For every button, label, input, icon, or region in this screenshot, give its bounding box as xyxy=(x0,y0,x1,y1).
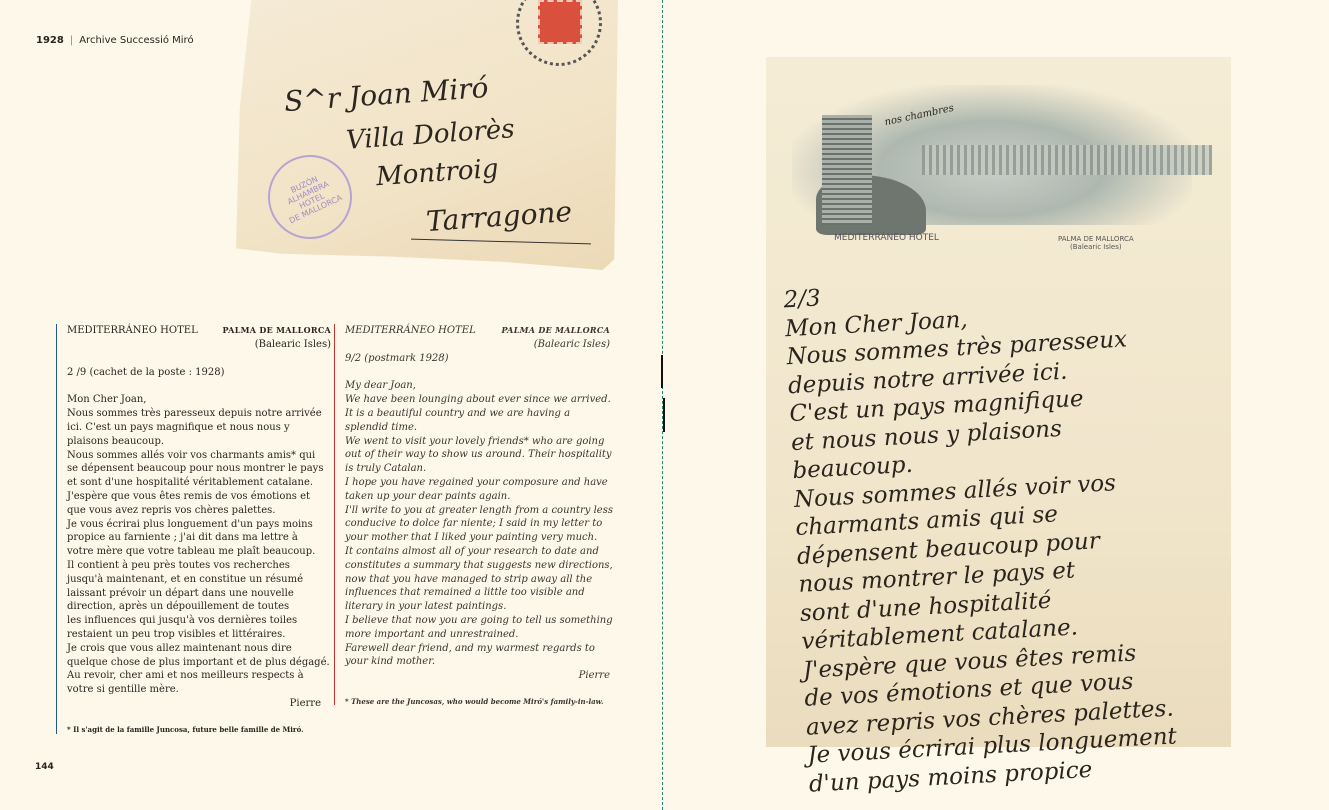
letter-body: Nous sommes très paresseux depuis notre … xyxy=(67,407,331,697)
handwritten-text: 2/3Mon Cher Joan,Nous sommes très paress… xyxy=(783,264,1229,798)
text-line: now that you have managed to strip away … xyxy=(345,573,610,587)
text-line: constitutes a summary that suggests new … xyxy=(345,559,610,573)
header-year: 1928 xyxy=(36,35,64,46)
address-underline xyxy=(411,239,591,245)
text-line: influences that remained a little too vi… xyxy=(345,586,610,600)
text-line: taken up your dear paints again. xyxy=(345,490,610,504)
text-line: direction, après un dépouillement de tou… xyxy=(67,600,331,614)
sheet-city-name: PALMA DE MALLORCA xyxy=(1058,235,1134,243)
envelope-address-line: Tarragone xyxy=(425,195,573,238)
text-line: It is a beautiful country and we are hav… xyxy=(345,407,610,421)
hotel-name: MEDITERRÁNEO HOTEL xyxy=(345,324,476,338)
text-line: I believe that now you are going to tell… xyxy=(345,614,610,628)
text-line: propice au farniente ; j'ai dit dans ma … xyxy=(67,531,331,545)
french-transcription: MEDITERRÁNEO HOTEL PALMA DE MALLORCA (Ba… xyxy=(56,324,331,734)
text-line: Nous sommes allés voir vos charmants ami… xyxy=(67,449,331,463)
text-line: les influences qui jusqu'à vos dernières… xyxy=(67,614,331,628)
page-number: 144 xyxy=(35,762,54,772)
running-header: 1928|Archive Successió Miró xyxy=(36,35,194,46)
footnote: * These are the Juncosas, who would beco… xyxy=(345,695,610,709)
text-line: laissant prévoir un départ dans une nouv… xyxy=(67,587,331,601)
text-line: your mother that I liked your painting v… xyxy=(345,531,610,545)
text-line: splendid time. xyxy=(345,421,610,435)
text-line: Nous sommes très paresseux depuis notre … xyxy=(67,407,331,421)
salutation: Mon Cher Joan, xyxy=(67,393,331,407)
isles-label: (Balearic Isles) xyxy=(67,338,331,352)
text-line: out of their way to show us around. Thei… xyxy=(345,448,610,462)
text-line: restaient un peu trop visibles et littér… xyxy=(67,628,331,642)
text-line: jusqu'à maintenant, et en constitue un r… xyxy=(67,573,331,587)
english-translation: MEDITERRÁNEO HOTEL PALMA DE MALLORCA (Ba… xyxy=(334,324,610,705)
signature: Pierre xyxy=(67,697,331,711)
text-line: more important and unrestrained. xyxy=(345,628,610,642)
hotel-name: MEDITERRÁNEO HOTEL xyxy=(67,324,198,338)
header-archive: Archive Successió Miró xyxy=(79,35,193,46)
envelope-image: BUZÓN ALHAMBRA HOTEL DE MALLORCA S^r Joa… xyxy=(236,0,618,270)
text-line: literary in your latest paintings. xyxy=(345,600,610,614)
isles-label: (Balearic Isles) xyxy=(345,338,610,352)
envelope-address-line: S^r Joan Miró xyxy=(283,71,489,118)
text-line: I'll write to you at greater length from… xyxy=(345,504,610,518)
sheet-city: PALMA DE MALLORCA (Balearic Isles) xyxy=(1058,235,1134,251)
signature: Pierre xyxy=(345,669,610,683)
harbor-engraving: nos chambres xyxy=(792,85,1192,225)
letter-date: 9/2 (postmark 1928) xyxy=(345,352,610,366)
sheet-isles: (Balearic Isles) xyxy=(1058,243,1134,251)
text-line: ici. C'est un pays magnifique et nous no… xyxy=(67,421,331,435)
text-line: is truly Catalan. xyxy=(345,462,610,476)
envelope-address-line: Montroig xyxy=(375,154,499,192)
city-name: PALMA DE MALLORCA xyxy=(222,324,331,338)
text-line: J'espère que vous êtes remis de vos émot… xyxy=(67,490,331,504)
text-line: conducive to dolce far niente; I said in… xyxy=(345,517,610,531)
text-line: se dépensent beaucoup pour nous montrer … xyxy=(67,462,331,476)
text-line: plaisons beaucoup. xyxy=(67,435,331,449)
footnote: * Il s'agit de la famille Juncosa, futur… xyxy=(67,723,331,737)
text-line: I hope you have regained your composure … xyxy=(345,476,610,490)
hotel-stamp-icon: BUZÓN ALHAMBRA HOTEL DE MALLORCA xyxy=(254,141,366,253)
hotel-building xyxy=(822,115,872,225)
text-line: et sont d'une hospitalité véritablement … xyxy=(67,476,331,490)
text-line: votre mère que votre tableau me plaît be… xyxy=(67,545,331,559)
text-line: quelque chose de plus important et de pl… xyxy=(67,656,331,670)
salutation: My dear Joan, xyxy=(345,379,610,393)
text-line: Au revoir, cher ami et nos meilleurs res… xyxy=(67,669,331,683)
text-line: Je crois que vous allez maintenant nous … xyxy=(67,642,331,656)
letter-sheet-image: nos chambres MEDITERRÁNEO HOTEL PALMA DE… xyxy=(766,57,1231,747)
annotation: nos chambres xyxy=(884,103,955,128)
postage-stamp-icon xyxy=(538,0,582,44)
letterhead: MEDITERRÁNEO HOTEL PALMA DE MALLORCA xyxy=(345,324,610,338)
sheet-hotel-name: MEDITERRÁNEO HOTEL xyxy=(834,233,939,243)
city-name: PALMA DE MALLORCA xyxy=(501,324,610,338)
letter-body: We have been lounging about ever since w… xyxy=(345,393,610,669)
text-line: We went to visit your lovely friends* wh… xyxy=(345,435,610,449)
text-line: que vous avez repris vos chères palettes… xyxy=(67,504,331,518)
text-line: We have been lounging about ever since w… xyxy=(345,393,610,407)
crop-mark xyxy=(663,398,665,432)
text-line: Farewell dear friend, and my warmest reg… xyxy=(345,642,610,656)
text-line: your kind mother. xyxy=(345,655,610,669)
crop-mark xyxy=(661,355,663,388)
text-line: votre si gentille mère. xyxy=(67,683,331,697)
letter-date: 2 /9 (cachet de la poste : 1928) xyxy=(67,366,331,380)
envelope-address-line: Villa Dolorès xyxy=(345,114,515,156)
text-line: It contains almost all of your research … xyxy=(345,545,610,559)
text-line: Je vous écrirai plus longuement d'un pay… xyxy=(67,518,331,532)
header-separator: | xyxy=(70,35,73,46)
text-line: Il contient à peu près toutes vos recher… xyxy=(67,559,331,573)
city-skyline xyxy=(922,145,1212,175)
letterhead: MEDITERRÁNEO HOTEL PALMA DE MALLORCA xyxy=(67,324,331,338)
